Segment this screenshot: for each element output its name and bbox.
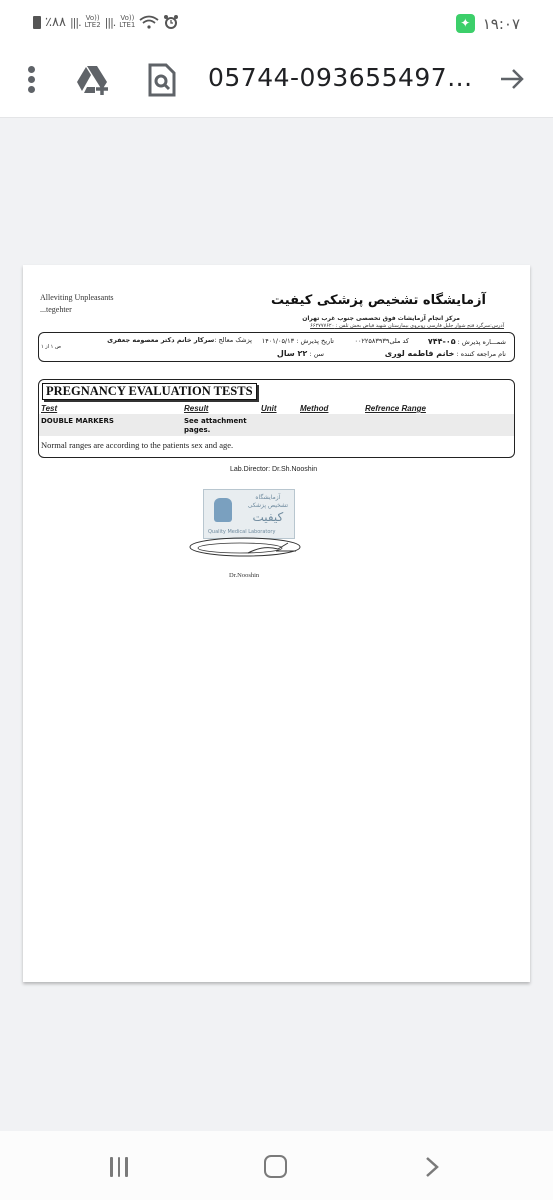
lab-logo-icon — [214, 498, 232, 522]
header-test: Test — [41, 404, 57, 413]
wifi-icon — [139, 15, 159, 29]
system-nav-bar — [0, 1131, 553, 1200]
status-icons-left: ٪۸۸ |||. Vo))LTE2 |||. Vo))LTE1 — [33, 14, 179, 30]
back-button[interactable] — [420, 1155, 444, 1179]
page-number: ص ۱ از ۱ — [41, 344, 61, 350]
forward-arrow-icon[interactable] — [497, 64, 527, 94]
test-name: DOUBLE MARKERS — [41, 417, 114, 426]
status-icons-right: ✦ ۱۹:۰۷ — [456, 14, 520, 33]
battery-icon — [33, 16, 41, 29]
battery-percent: ٪۸۸ — [45, 15, 66, 30]
admission-number: شمـــاره پذیرش : ۰۵-۷۴۴ — [428, 337, 506, 346]
alarm-icon — [163, 14, 179, 30]
header-reference-range: Refrence Range — [365, 404, 426, 413]
lab-subtitle: مرکز انجام آزمایشات فوق تخصصی جنوب غرب ت… — [302, 315, 460, 322]
signal-icon: |||. — [105, 16, 116, 29]
more-options-button[interactable] — [28, 66, 36, 94]
fitness-app-icon: ✦ — [456, 14, 475, 33]
lab-slogan: Alleviting Unpleasants ...tegehter — [40, 292, 114, 316]
header-unit: Unit — [261, 404, 277, 413]
test-result: See attachment pages. — [184, 417, 247, 435]
clock: ۱۹:۰۷ — [483, 15, 520, 33]
patient-info-box: شمـــاره پذیرش : ۰۵-۷۴۴ کد ملی۰۰۲۲۵۸۳۹۳۹… — [38, 332, 515, 362]
signature — [188, 531, 303, 565]
add-to-drive-icon[interactable] — [75, 62, 111, 98]
tests-section: PREGNANCY EVALUATION TESTS Test Result U… — [38, 379, 515, 458]
header-method: Method — [300, 404, 328, 413]
lte1-icon: Vo))LTE1 — [119, 15, 135, 29]
status-bar: ٪۸۸ |||. Vo))LTE2 |||. Vo))LTE1 ✦ ۱۹:۰۷ — [0, 0, 553, 48]
doctor: پزشک معالج :سرکار خانم دکتر معصومه جعفری — [107, 336, 252, 344]
lab-name: آزمایشگاه تشخیص پزشکی کیفیت — [271, 293, 486, 308]
patient-name: نام مراجعه کننده : خانم فاطمه لوری — [385, 349, 506, 358]
file-title: 05744-093655497... — [208, 63, 473, 92]
section-title: PREGNANCY EVALUATION TESTS — [42, 383, 257, 400]
signal-icon: |||. — [70, 16, 81, 29]
patient-age: سن : ۲۲ سال — [277, 349, 324, 358]
more-vert-icon — [28, 66, 35, 73]
recent-apps-button[interactable] — [110, 1157, 132, 1177]
lab-director: Lab.Director: Dr.Sh.Nooshin — [230, 466, 317, 473]
home-button[interactable] — [264, 1155, 287, 1178]
find-in-page-icon[interactable] — [148, 63, 176, 97]
admission-date: تاریخ پذیرش : ۱۴۰۱/۰۵/۱۳ — [262, 337, 334, 345]
signature-name: Dr.Nooshin — [229, 572, 259, 579]
pdf-viewer-toolbar: 05744-093655497... — [0, 48, 553, 118]
national-code: کد ملی۰۰۲۲۵۸۳۹۳۹ — [354, 337, 409, 345]
lte2-icon: Vo))LTE2 — [85, 15, 101, 29]
header-result: Result — [184, 404, 208, 413]
lab-address: آدرس:سرگرد فتح شوار جلیل فارسی روبروی بی… — [310, 323, 504, 329]
pdf-page: Alleviting Unpleasants ...tegehter آزمای… — [23, 265, 530, 982]
normal-ranges-note: Normal ranges are according to the patie… — [41, 440, 233, 450]
pdf-viewer-area[interactable]: Alleviting Unpleasants ...tegehter آزمای… — [0, 119, 553, 1130]
